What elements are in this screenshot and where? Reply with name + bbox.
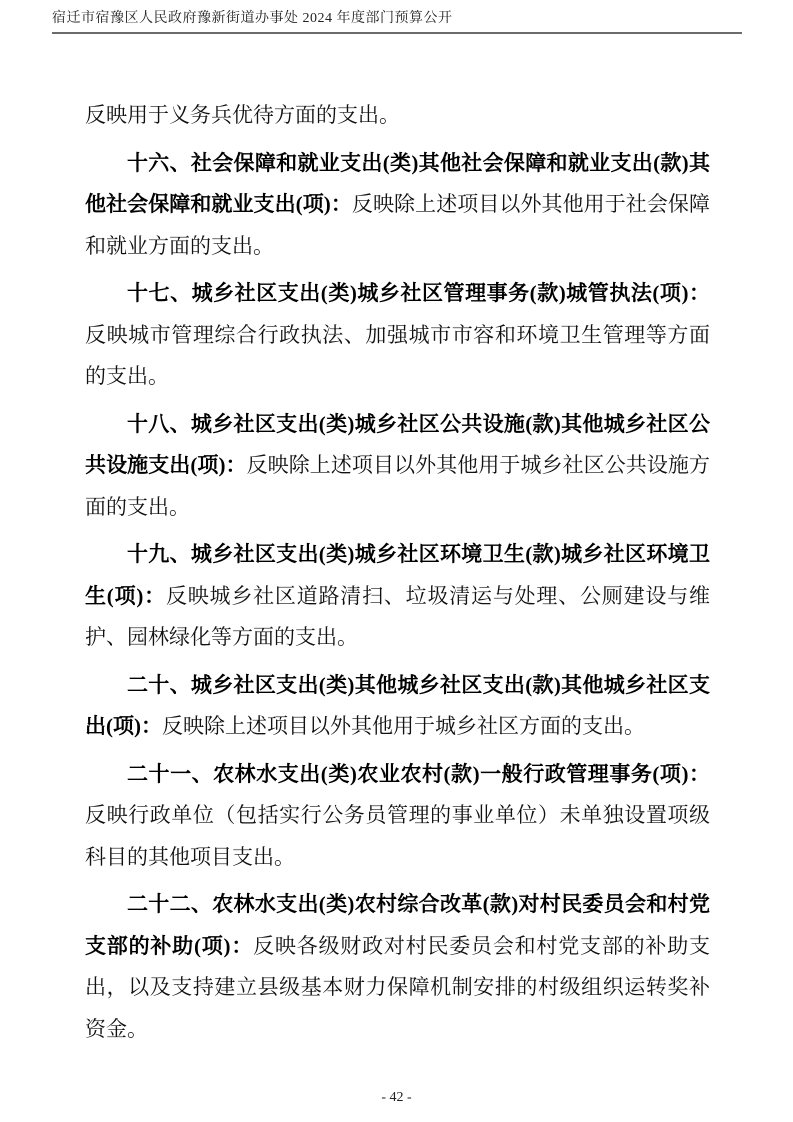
header-title: 宿迁市宿豫区人民政府豫新街道办事处 2024 年度部门预算公开: [52, 9, 742, 29]
paragraph-body: 反映行政单位（包括实行公务员管理的事业单位）未单独设置项级科目的其他项目支出。: [85, 803, 710, 869]
paragraph-lead: 十七、城乡社区支出(类)城乡社区管理事务(款)城管执法(项)：: [127, 281, 710, 305]
page-number: - 42 -: [381, 1090, 411, 1105]
paragraph: 十七、城乡社区支出(类)城乡社区管理事务(款)城管执法(项)：反映城市管理综合行…: [85, 273, 710, 398]
paragraph: 二十二、农林水支出(类)农村综合改革(款)对村民委员会和村党支部的补助(项)：反…: [85, 884, 710, 1050]
paragraph-body: 反映城市管理综合行政执法、加强城市市容和环境卫生管理等方面的支出。: [85, 323, 710, 389]
paragraph: 二十、城乡社区支出(类)其他城乡社区支出(款)其他城乡社区支出(项)：反映除上述…: [85, 665, 710, 748]
paragraph: 十八、城乡社区支出(类)城乡社区公共设施(款)其他城乡社区公共设施支出(项)：反…: [85, 404, 710, 529]
page-footer: - 42 -: [0, 1090, 793, 1106]
paragraph: 十六、社会保障和就业支出(类)其他社会保障和就业支出(款)其他社会保障和就业支出…: [85, 143, 710, 268]
paragraph-lead: 二十一、农林水支出(类)农业农村(款)一般行政管理事务(项)：: [127, 762, 710, 786]
document-page: 宿迁市宿豫区人民政府豫新街道办事处 2024 年度部门预算公开 反映用于义务兵优…: [0, 0, 793, 1122]
paragraph-body: 反映用于义务兵优待方面的支出。: [85, 103, 400, 127]
paragraph-body: 反映除上述项目以外其他用于城乡社区方面的支出。: [162, 714, 645, 738]
document-body: 反映用于义务兵优待方面的支出。 十六、社会保障和就业支出(类)其他社会保障和就业…: [85, 95, 710, 1056]
paragraph-body: 反映城乡社区道路清扫、垃圾清运与处理、公厕建设与维护、园林绿化等方面的支出。: [85, 584, 710, 650]
paragraph: 反映用于义务兵优待方面的支出。: [85, 95, 710, 137]
paragraph: 二十一、农林水支出(类)农业农村(款)一般行政管理事务(项)：反映行政单位（包括…: [85, 754, 710, 879]
paragraph: 十九、城乡社区支出(类)城乡社区环境卫生(款)城乡社区环境卫生(项)：反映城乡社…: [85, 534, 710, 659]
header-rule: [52, 32, 742, 34]
page-header: 宿迁市宿豫区人民政府豫新街道办事处 2024 年度部门预算公开: [52, 9, 742, 34]
